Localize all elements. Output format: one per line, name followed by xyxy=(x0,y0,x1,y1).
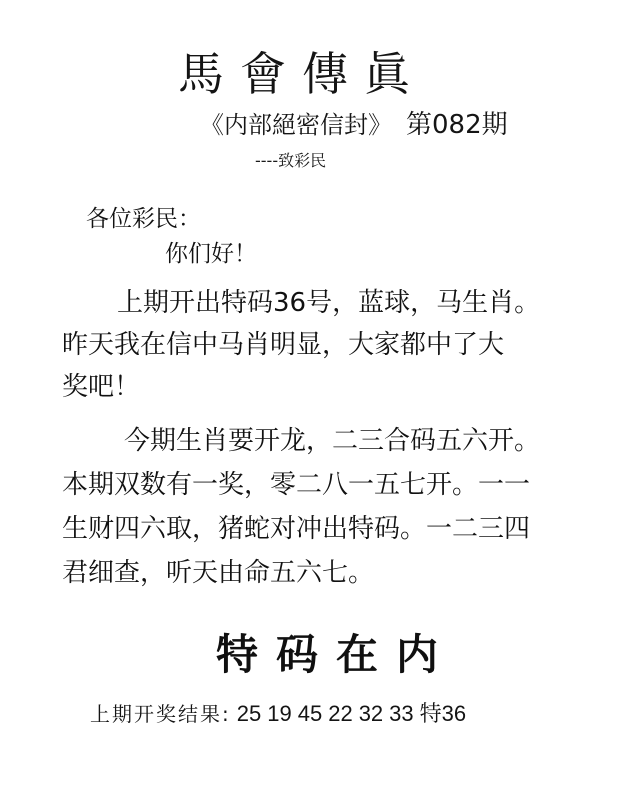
result-number: 33 xyxy=(389,701,413,726)
paragraph-line: 生财四六取，猪蛇对冲出特码。一二三四 xyxy=(62,507,582,551)
paragraph-line: 今期生肖要开龙，二三合码五六开。 xyxy=(62,419,582,463)
paragraph-prediction: 今期生肖要开龙，二三合码五六开。 本期双数有一奖，零二八一五七开。一一 生财四六… xyxy=(62,419,582,595)
paragraph-line: 君细查，听天由命五六七。 xyxy=(62,551,582,595)
document-title: 馬會傳眞 xyxy=(178,38,426,104)
headline: 特码在内 xyxy=(216,622,456,682)
subtitle-confidential: 《内部絕密信封》 xyxy=(200,111,392,139)
result-number: 25 xyxy=(237,701,261,726)
paragraph-line: 奖吧！ xyxy=(62,366,582,408)
result-number: 19 xyxy=(267,701,291,726)
greeting-hello: 你们好！ xyxy=(165,235,257,268)
result-number: 32 xyxy=(359,701,383,726)
result-number: 45 xyxy=(298,701,322,726)
salutation: 各位彩民： xyxy=(86,200,201,233)
result-number: 22 xyxy=(328,701,352,726)
paragraph-previous-result: 上期开出特码36号，蓝球，马生肖。 昨天我在信中马肖明显，大家都中了大 奖吧！ xyxy=(62,282,582,408)
last-results: 上期开奖结果:251945223233特36 xyxy=(90,697,466,728)
issue-number: 第082期 xyxy=(406,110,508,140)
subtitle-line: 《内部絕密信封》第082期 xyxy=(200,104,508,141)
paragraph-line: 上期开出特码36号，蓝球，马生肖。 xyxy=(62,282,582,324)
paragraph-line: 本期双数有一奖，零二八一五七开。一一 xyxy=(62,463,582,507)
dedication: ----致彩民 xyxy=(255,148,326,171)
special-number: 特36 xyxy=(420,701,466,726)
paragraph-line: 昨天我在信中马肖明显，大家都中了大 xyxy=(62,324,582,366)
results-label: 上期开奖结果: xyxy=(90,702,231,726)
